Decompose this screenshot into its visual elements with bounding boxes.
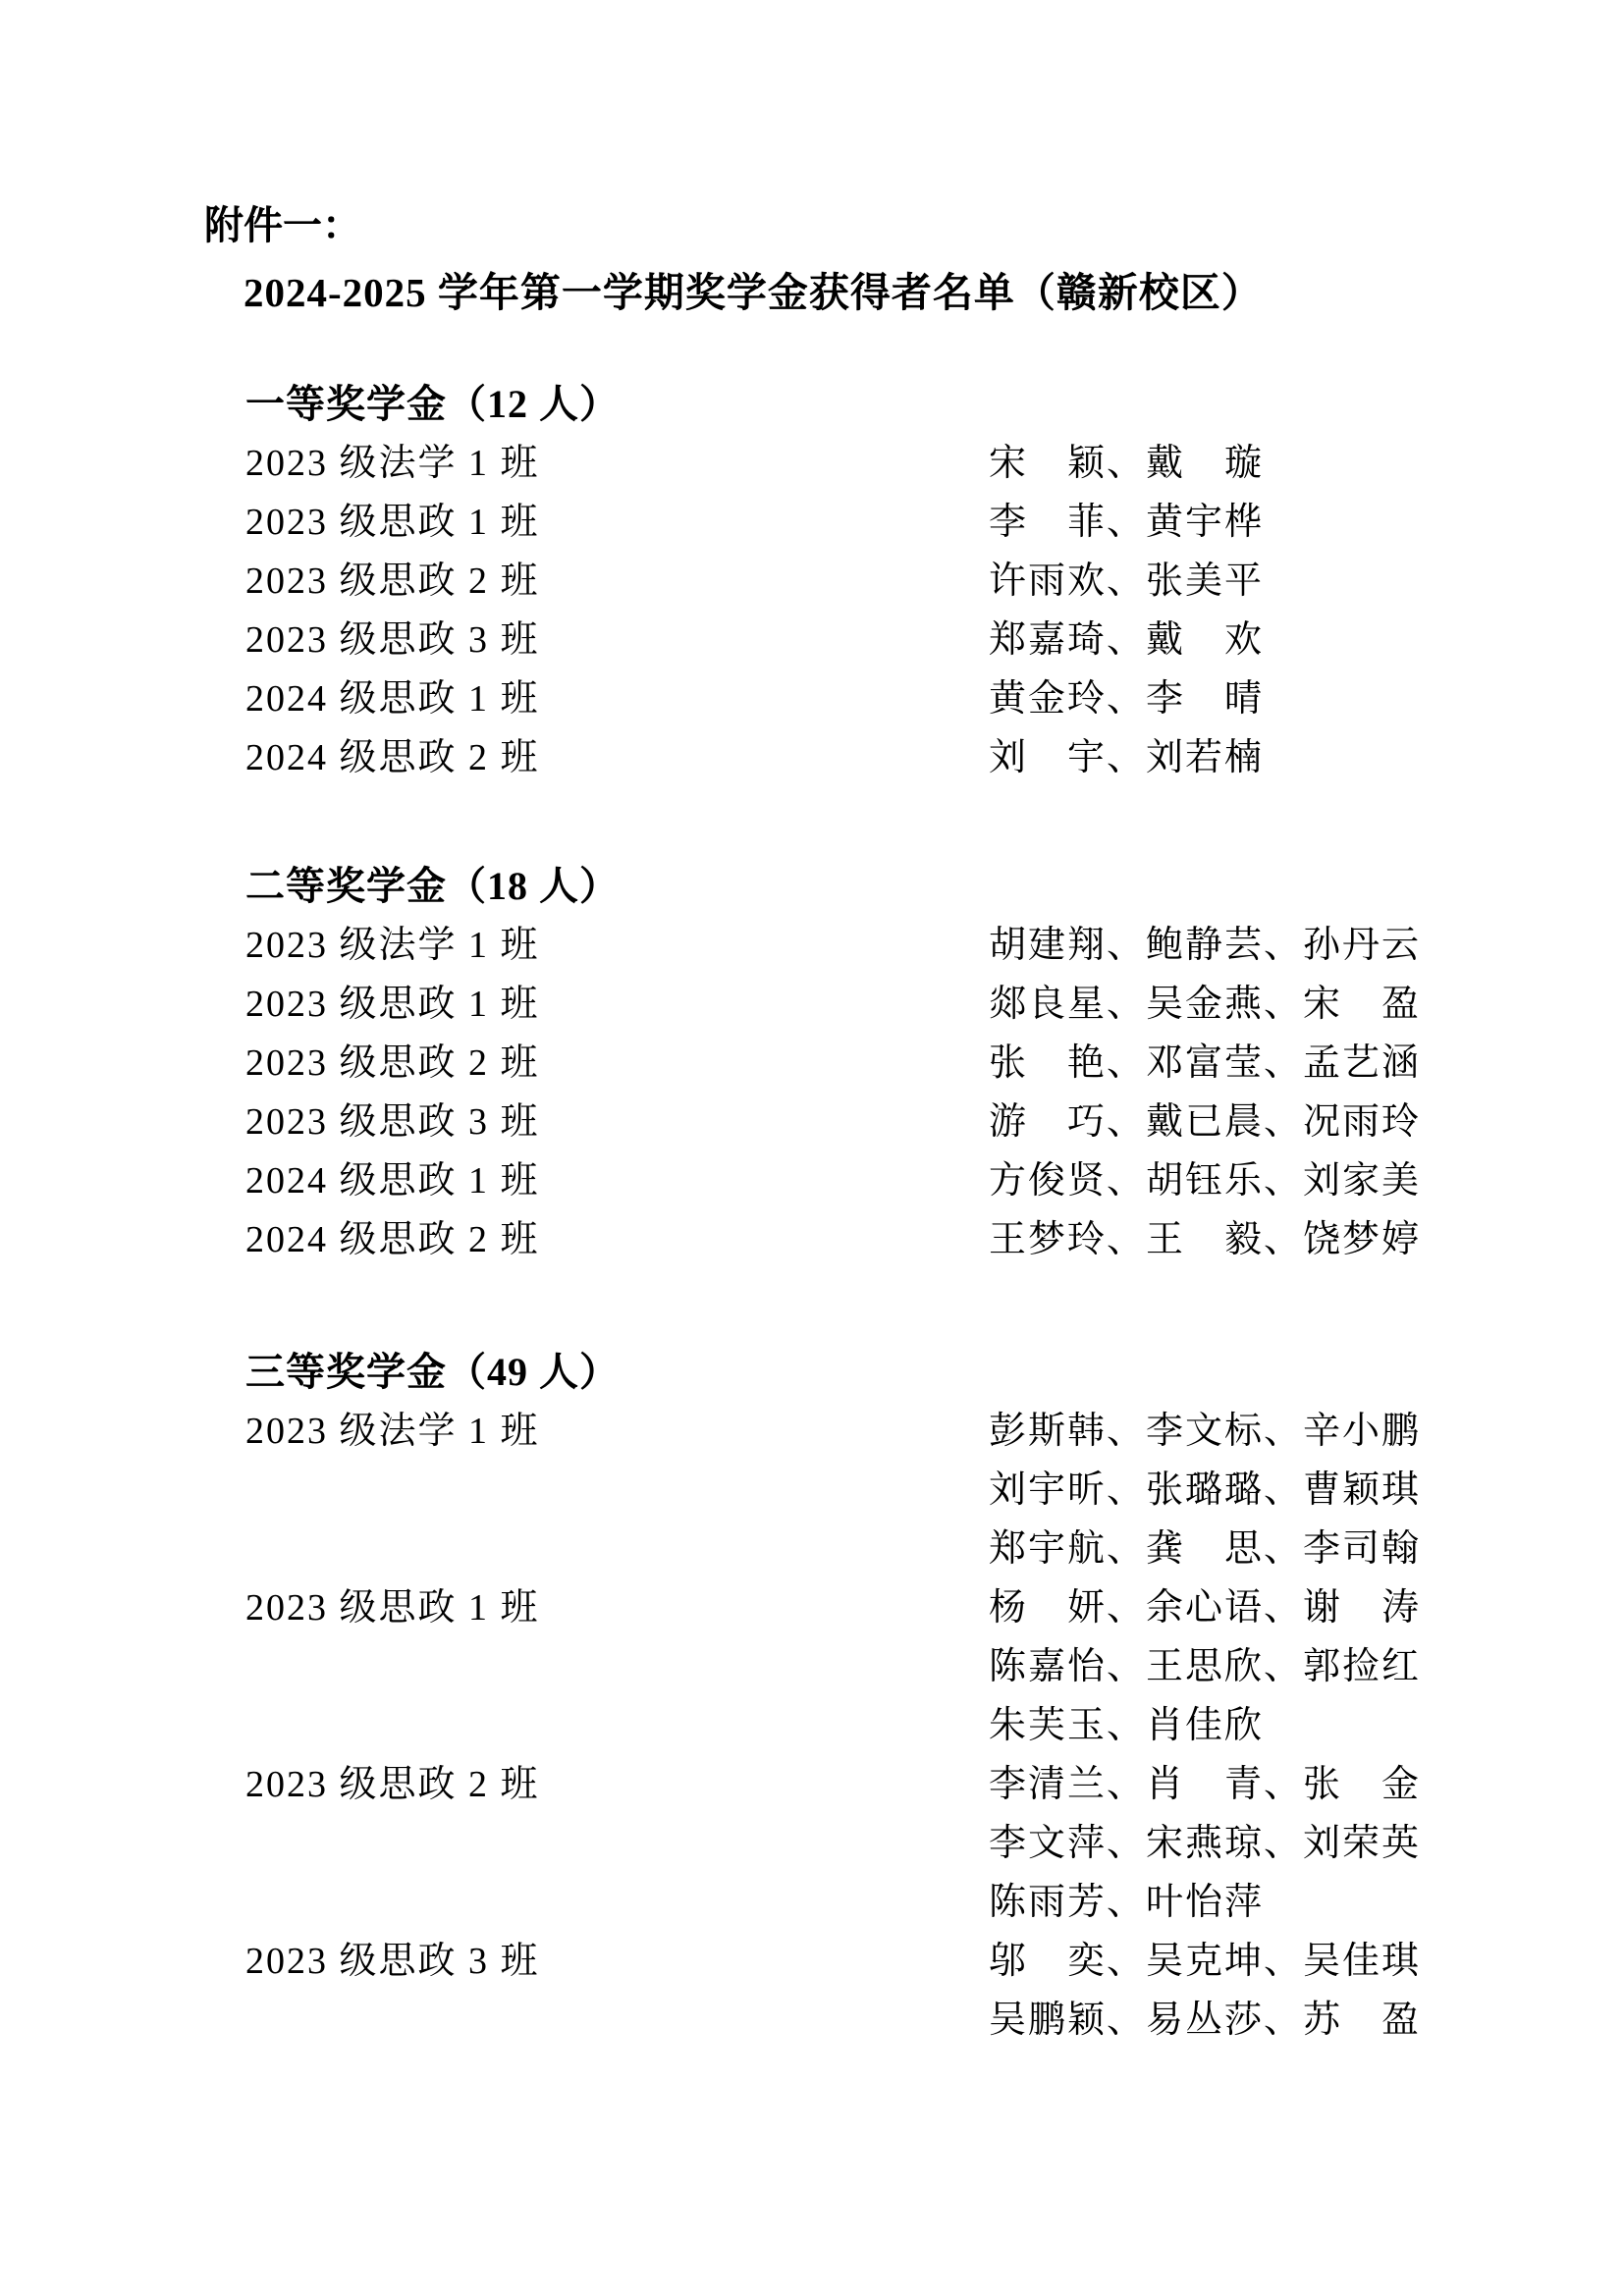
names-list: 朱芙玉、肖佳欣 — [989, 1696, 1487, 1755]
table-row: 郑宇航、龚 思、李司翰 — [245, 1520, 1487, 1578]
table-row: 2024 级思政 2 班 王梦玲、王 毅、饶梦婷 — [245, 1210, 1487, 1269]
class-label — [245, 1637, 989, 1696]
names-list: 郑嘉琦、戴 欢 — [989, 611, 1487, 669]
names-list: 宋 颖、戴 璇 — [989, 434, 1487, 493]
table-row: 朱芙玉、肖佳欣 — [245, 1696, 1487, 1755]
table-row: 2023 级思政 2 班 李清兰、肖 青、张 金 — [245, 1755, 1487, 1814]
table-row: 2024 级思政 2 班 刘 宇、刘若楠 — [245, 728, 1487, 787]
table-row: 刘宇昕、张璐璐、曹颖琪 — [245, 1461, 1487, 1520]
class-label: 2023 级思政 1 班 — [245, 975, 989, 1034]
names-list: 陈雨芳、叶怡萍 — [989, 1873, 1487, 1932]
class-label: 2023 级思政 2 班 — [245, 1034, 989, 1093]
table-row: 2024 级思政 1 班 方俊贤、胡钰乐、刘家美 — [245, 1151, 1487, 1210]
table-row: 吴鹏颖、易丛莎、苏 盈 — [245, 1991, 1487, 2050]
class-label — [245, 1814, 989, 1873]
section-heading: 三等奖学金（49 人） — [245, 1343, 1487, 1402]
class-label — [245, 1873, 989, 1932]
names-list: 郑宇航、龚 思、李司翰 — [989, 1520, 1487, 1578]
names-list: 胡建翔、鲍静芸、孙丹云 — [989, 916, 1487, 975]
class-label: 2024 级思政 1 班 — [245, 1151, 989, 1210]
names-list: 陈嘉怡、王思欣、郭捡红 — [989, 1637, 1487, 1696]
table-row: 2023 级思政 1 班 杨 妍、余心语、谢 涛 — [245, 1578, 1487, 1637]
class-label: 2023 级思政 2 班 — [245, 552, 989, 611]
names-list: 张 艳、邓富莹、孟艺涵 — [989, 1034, 1487, 1093]
names-list: 吴鹏颖、易丛莎、苏 盈 — [989, 1991, 1487, 2050]
class-label: 2024 级思政 2 班 — [245, 1210, 989, 1269]
class-label: 2023 级法学 1 班 — [245, 434, 989, 493]
table-row: 2023 级思政 2 班 许雨欢、张美平 — [245, 552, 1487, 611]
table-row: 陈雨芳、叶怡萍 — [245, 1873, 1487, 1932]
class-label: 2023 级思政 1 班 — [245, 1578, 989, 1637]
document-page: 附件一： 2024-2025 学年第一学期奖学金获得者名单（赣新校区） 一等奖学… — [0, 0, 1624, 2296]
class-label: 2023 级法学 1 班 — [245, 916, 989, 975]
page-title: 2024-2025 学年第一学期奖学金获得者名单（赣新校区） — [244, 263, 1263, 322]
names-list: 游 巧、戴已晨、况雨玲 — [989, 1093, 1487, 1151]
table-row: 2023 级思政 1 班 郯良星、吴金燕、宋 盈 — [245, 975, 1487, 1034]
table-row: 2023 级法学 1 班 胡建翔、鲍静芸、孙丹云 — [245, 916, 1487, 975]
table-row: 2023 级思政 2 班 张 艳、邓富莹、孟艺涵 — [245, 1034, 1487, 1093]
table-row: 2023 级思政 3 班 郑嘉琦、戴 欢 — [245, 611, 1487, 669]
table-row: 2023 级法学 1 班 宋 颖、戴 璇 — [245, 434, 1487, 493]
names-list: 黄金玲、李 晴 — [989, 669, 1487, 728]
names-list: 彭斯韩、李文标、辛小鹏 — [989, 1402, 1487, 1461]
names-list: 刘 宇、刘若楠 — [989, 728, 1487, 787]
names-list: 李清兰、肖 青、张 金 — [989, 1755, 1487, 1814]
names-list: 方俊贤、胡钰乐、刘家美 — [989, 1151, 1487, 1210]
table-row: 陈嘉怡、王思欣、郭捡红 — [245, 1637, 1487, 1696]
section-heading: 二等奖学金（18 人） — [245, 857, 1487, 916]
class-label: 2023 级法学 1 班 — [245, 1402, 989, 1461]
class-label: 2023 级思政 1 班 — [245, 493, 989, 552]
class-label — [245, 1991, 989, 2050]
class-label: 2024 级思政 2 班 — [245, 728, 989, 787]
names-list: 邬 奕、吴克坤、吴佳琪 — [989, 1932, 1487, 1991]
table-row: 2023 级思政 1 班 李 菲、黄宇桦 — [245, 493, 1487, 552]
names-list: 王梦玲、王 毅、饶梦婷 — [989, 1210, 1487, 1269]
class-label — [245, 1696, 989, 1755]
section-third-class-scholarship: 三等奖学金（49 人） 2023 级法学 1 班 彭斯韩、李文标、辛小鹏 刘宇昕… — [245, 1343, 1487, 2050]
names-list: 刘宇昕、张璐璐、曹颖琪 — [989, 1461, 1487, 1520]
names-list: 许雨欢、张美平 — [989, 552, 1487, 611]
table-row: 2023 级思政 3 班 邬 奕、吴克坤、吴佳琪 — [245, 1932, 1487, 1991]
names-list: 郯良星、吴金燕、宋 盈 — [989, 975, 1487, 1034]
names-list: 杨 妍、余心语、谢 涛 — [989, 1578, 1487, 1637]
names-list: 李 菲、黄宇桦 — [989, 493, 1487, 552]
section-heading: 一等奖学金（12 人） — [245, 375, 1487, 434]
section-second-class-scholarship: 二等奖学金（18 人） 2023 级法学 1 班 胡建翔、鲍静芸、孙丹云 202… — [245, 857, 1487, 1269]
table-row: 2024 级思政 1 班 黄金玲、李 晴 — [245, 669, 1487, 728]
class-label: 2023 级思政 3 班 — [245, 611, 989, 669]
class-label: 2024 级思政 1 班 — [245, 669, 989, 728]
class-label — [245, 1520, 989, 1578]
table-row: 2023 级法学 1 班 彭斯韩、李文标、辛小鹏 — [245, 1402, 1487, 1461]
names-list: 李文萍、宋燕琼、刘荣英 — [989, 1814, 1487, 1873]
table-row: 2023 级思政 3 班 游 巧、戴已晨、况雨玲 — [245, 1093, 1487, 1151]
attachment-label: 附件一： — [204, 196, 361, 255]
class-label — [245, 1461, 989, 1520]
class-label: 2023 级思政 2 班 — [245, 1755, 989, 1814]
class-label: 2023 级思政 3 班 — [245, 1932, 989, 1991]
table-row: 李文萍、宋燕琼、刘荣英 — [245, 1814, 1487, 1873]
section-first-class-scholarship: 一等奖学金（12 人） 2023 级法学 1 班 宋 颖、戴 璇 2023 级思… — [245, 375, 1487, 787]
class-label: 2023 级思政 3 班 — [245, 1093, 989, 1151]
